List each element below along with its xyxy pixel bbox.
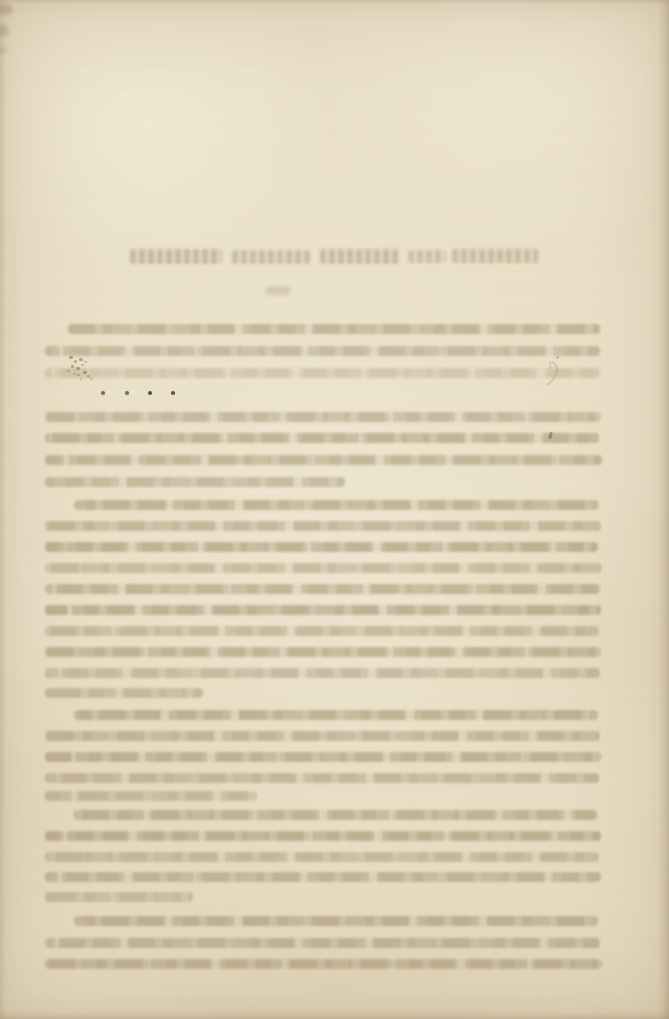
faded-text-line xyxy=(45,455,602,465)
faded-title-word xyxy=(130,249,222,264)
pencil-speck xyxy=(77,374,80,376)
faded-text-line xyxy=(45,731,600,741)
pencil-speck xyxy=(69,356,73,359)
edge-smudge xyxy=(0,24,9,37)
faded-text-line xyxy=(74,500,599,510)
faded-text-line xyxy=(45,773,599,783)
faded-text-line xyxy=(45,346,600,356)
right-edge-shade xyxy=(658,0,669,1019)
pencil-speck xyxy=(90,378,93,380)
ellipsis-dot xyxy=(125,391,129,395)
top-edge-shade xyxy=(0,0,669,5)
faded-text-line xyxy=(45,752,601,762)
ellipsis-dot xyxy=(101,391,105,395)
pencil-scribble xyxy=(60,351,98,383)
pencil-speck xyxy=(74,360,77,363)
faded-title-word xyxy=(408,250,446,263)
pencil-speck xyxy=(71,365,74,368)
faded-text-line xyxy=(45,688,203,698)
pencil-speck xyxy=(84,361,87,363)
faded-text-line xyxy=(45,563,602,573)
faded-text-line xyxy=(45,938,600,948)
ellipsis-dot xyxy=(148,391,152,395)
faded-text-line xyxy=(74,916,598,926)
edge-smudge xyxy=(0,4,13,15)
faded-text-line xyxy=(45,626,599,636)
margin-pencil-curl xyxy=(543,358,567,388)
pencil-speck xyxy=(83,371,87,374)
pencil-speck xyxy=(79,358,83,361)
faded-text-line xyxy=(68,324,600,334)
faded-text-line xyxy=(45,477,345,487)
scanned-book-page xyxy=(0,0,669,1019)
faded-title-word xyxy=(452,249,538,263)
faded-text-line xyxy=(45,668,600,678)
bottom-edge-shade xyxy=(0,1010,669,1019)
pencil-speck xyxy=(67,370,70,372)
faded-text-line xyxy=(45,412,601,422)
pencil-speck xyxy=(73,373,76,375)
pencil-speck xyxy=(80,378,82,380)
faded-text-line xyxy=(45,433,599,443)
faded-text-line xyxy=(45,831,601,841)
faded-title-word xyxy=(320,249,400,264)
faded-text-line xyxy=(45,584,600,594)
faded-text-line xyxy=(45,852,599,862)
faded-section-mark xyxy=(266,286,290,295)
faded-text-line xyxy=(45,521,601,531)
faded-title-word xyxy=(232,250,310,264)
pencil-speck xyxy=(76,367,80,370)
faded-text-line xyxy=(45,872,601,882)
faded-text-line xyxy=(74,710,598,720)
faded-text-line xyxy=(45,542,598,552)
left-edge-shade xyxy=(0,0,7,1019)
ellipsis-dot xyxy=(171,391,175,395)
faded-text-line xyxy=(45,647,601,657)
faded-text-line xyxy=(74,810,597,820)
faded-text-line xyxy=(45,605,601,615)
faded-text-line xyxy=(45,959,602,969)
faded-text-line xyxy=(45,892,193,902)
edge-smudge xyxy=(0,46,7,54)
pencil-speck xyxy=(81,364,84,366)
faded-text-line xyxy=(45,791,257,801)
faded-text-line xyxy=(45,368,600,378)
